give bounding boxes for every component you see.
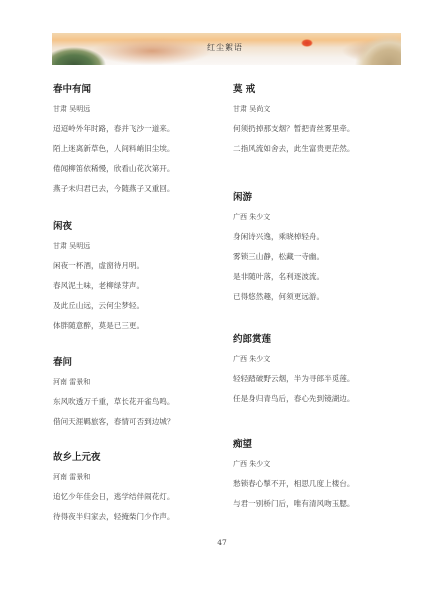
poem-line: 陌上迷离新草色，人间料峭旧尘埃。 [53,144,175,154]
poem-title: 闲夜 [53,220,144,233]
poem-line: 春风泥土味，老柳绿芽声。 [53,281,144,291]
mountain-right-decoration [341,33,401,65]
poem-line: 借问天涯羁旅客，春情可否到边城？ [53,417,175,427]
poem-line: 及此丘山远，云何尘梦轻。 [53,301,144,311]
poem-line: 燕子未归君已去，今随燕子又重回。 [53,184,175,194]
poem-title: 春中有闻 [53,83,175,96]
poem-title: 莫 戒 [233,83,355,96]
poem: 约郎赏莲 广西 朱少文 轻轻踏破野云烟，半为寻郎半觅莲。 任是身归青鸟后，春心先… [233,333,355,404]
page-number: 47 [0,538,444,547]
poem-title: 闲游 [233,191,324,204]
poem-author: 广西 朱少文 [233,354,355,364]
mountain-left-decoration [52,43,112,65]
poem: 闲游 广西 朱少文 身闲诗兴逸，乘晓棹轻舟。 雾锁三山静，松藏一寺幽。 是非随叶… [233,191,324,302]
poem-line: 与君一别桥门后，唯有清风吻玉腮。 [233,499,355,509]
poem-line: 任是身归青鸟后，春心先到镜湖边。 [233,394,355,404]
poem-line: 何须扔掉那支烟？暂把青丝雾里牵。 [233,124,355,134]
poem-title: 痴望 [233,438,355,451]
poem-author: 广西 朱少文 [233,459,355,469]
poem-line: 东风吹透万千重，草长花开雀鸟鸣。 [53,397,175,407]
poem: 莫 戒 甘肃 吴尚文 何须扔掉那支烟？暂把青丝雾里牵。 二指风流如舍去，此生富贵… [233,83,355,154]
poem-title: 故乡上元夜 [53,451,175,464]
poem-line: 倦闻柳笛依稀慢，欣看山花次第开。 [53,164,175,174]
poem-line: 追忆少年佳会日，逃学结伴闹花灯。 [53,492,175,502]
poem-line: 轻轻踏破野云烟，半为寻郎半觅莲。 [233,374,355,384]
poem-title: 春问 [53,356,175,369]
poem-author: 甘肃 吴明远 [53,241,144,251]
poem-line: 愁锁春心掣不开，相思几度上楼台。 [233,479,355,489]
poem-author: 河南 雷景和 [53,472,175,482]
poem-line: 迢迢岭外年时路，春并飞沙一道来。 [53,124,175,134]
header-banner: 红尘絮语 [52,33,401,65]
poem-line: 二指风流如舍去，此生富贵更茫然。 [233,144,355,154]
poem-line: 体胖随意醉，莫是已三更。 [53,321,144,331]
poem: 闲夜 甘肃 吴明远 闲夜一杯酒，虚窗待月明。 春风泥土味，老柳绿芽声。 及此丘山… [53,220,144,331]
poem-author: 甘肃 吴尚文 [233,104,355,114]
poem-line: 闲夜一杯酒，虚窗待月明。 [53,261,144,271]
poem-author: 甘肃 吴明远 [53,104,175,114]
poem-line: 已得悠然趣，何须更远游。 [233,292,324,302]
poem: 故乡上元夜 河南 雷景和 追忆少年佳会日，逃学结伴闹花灯。 待得夜半归家去，轻掩… [53,451,175,522]
poem-line: 是非随叶落，名利逐波流。 [233,272,324,282]
poem-line: 身闲诗兴逸，乘晓棹轻舟。 [233,232,324,242]
poem: 春中有闻 甘肃 吴明远 迢迢岭外年时路，春并飞沙一道来。 陌上迷离新草色，人间料… [53,83,175,194]
poem-author: 广西 朱少文 [233,212,324,222]
poem-title: 约郎赏莲 [233,333,355,346]
poem: 春问 河南 雷景和 东风吹透万千重，草长花开雀鸟鸣。 借问天涯羁旅客，春情可否到… [53,356,175,427]
banner-title: 红尘絮语 [207,42,243,53]
poem: 痴望 广西 朱少文 愁锁春心掣不开，相思几度上楼台。 与君一别桥门后，唯有清风吻… [233,438,355,509]
poem-author: 河南 雷景和 [53,377,175,387]
poem-line: 待得夜半归家去，轻掩柴门少作声。 [53,512,175,522]
poem-line: 雾锁三山静，松藏一寺幽。 [233,252,324,262]
